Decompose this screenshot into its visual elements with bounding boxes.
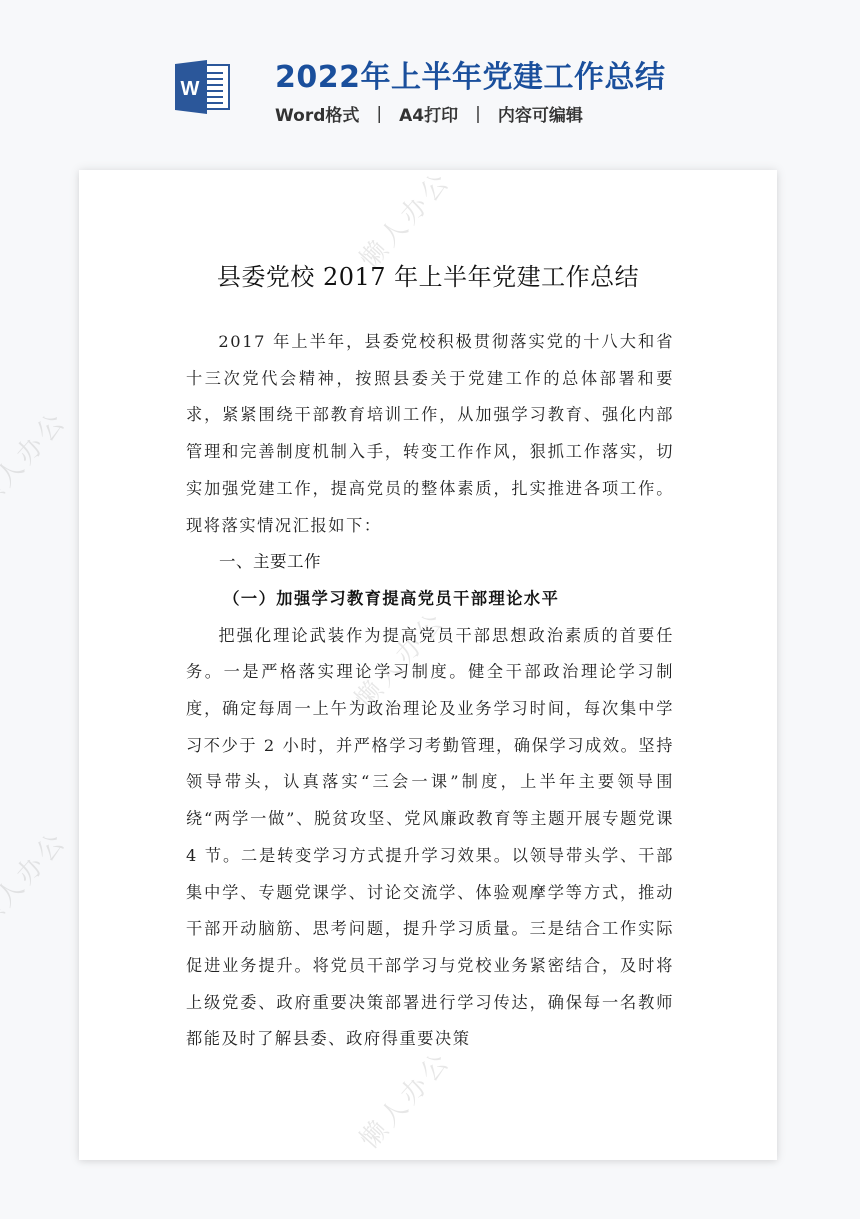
watermark: 懒人办公	[0, 822, 74, 936]
subsection-paragraph: 把强化理论武装作为提高党员干部思想政治素质的首要任务。一是严格落实理论学习制度。…	[186, 618, 674, 1058]
document-page: 懒人办公 懒人办公 懒人办公 懒人办公 懒人办公 县委党校 2017 年上半年党…	[79, 170, 777, 1160]
watermark: 懒人办公	[350, 1042, 458, 1156]
header: W 2022年上半年党建工作总结 Word格式 | A4打印 | 内容可编辑	[0, 0, 860, 160]
word-document-icon: W	[175, 60, 231, 114]
feature-a4-print: A4打印	[399, 101, 458, 126]
document-title: 县委党校 2017 年上半年党建工作总结	[79, 257, 777, 292]
separator: |	[376, 104, 382, 124]
intro-paragraph: 2017 年上半年，县委党校积极贯彻落实党的十八大和省十三次党代会精神，按照县委…	[186, 324, 674, 544]
feature-word-format: Word格式	[275, 101, 359, 126]
svg-text:W: W	[181, 78, 200, 100]
feature-list: Word格式 | A4打印 | 内容可编辑	[275, 101, 583, 126]
separator: |	[475, 104, 481, 124]
section-heading: 一、主要工作	[186, 544, 674, 581]
page-title: 2022年上半年党建工作总结	[275, 52, 666, 96]
watermark: 懒人办公	[0, 402, 74, 516]
feature-editable: 内容可编辑	[498, 101, 583, 126]
subsection-heading: （一）加强学习教育提高党员干部理论水平	[186, 581, 674, 618]
document-body: 2017 年上半年，县委党校积极贯彻落实党的十八大和省十三次党代会精神，按照县委…	[186, 324, 674, 1058]
